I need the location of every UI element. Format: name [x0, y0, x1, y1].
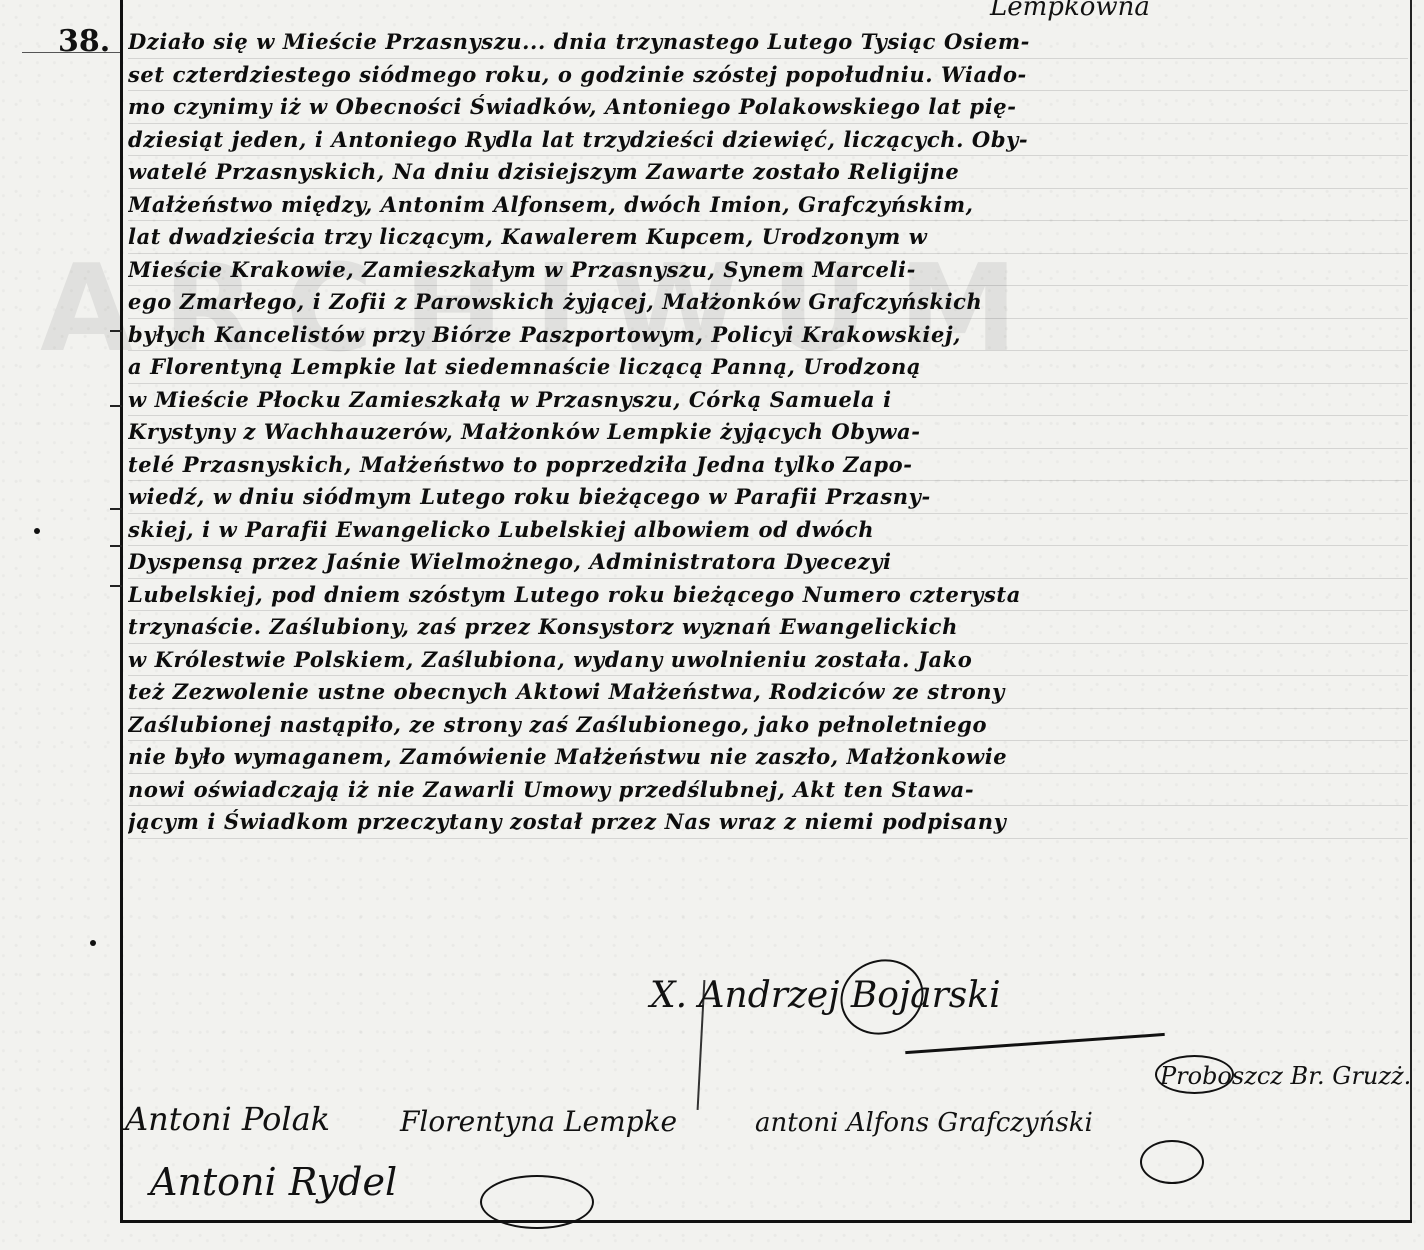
right-margin-rule	[1410, 0, 1412, 1220]
text-line: Krystyny z Wachhauzerów, Małżonków Lempk…	[128, 416, 1408, 449]
entry-number-underline	[22, 52, 120, 53]
text-line: Mieście Krakowie, Zamieszkałym w Przasny…	[128, 254, 1408, 287]
margin-tick	[110, 545, 122, 547]
text-line: Lubelskiej, pod dniem szóstym Lutego rok…	[128, 579, 1408, 612]
text-line: nowi oświadczają iż nie Zawarli Umowy pr…	[128, 774, 1408, 807]
text-line: w Królestwie Polskiem, Zaślubiona, wydan…	[128, 644, 1408, 677]
entry-number: 38.	[58, 24, 110, 59]
margin-tick	[110, 508, 122, 510]
witness-2-signature-flourish	[480, 1175, 594, 1229]
text-line: nie było wymaganem, Zamówienie Małżeństw…	[128, 741, 1408, 774]
left-margin-rule	[120, 0, 123, 1222]
text-line: skiej, i w Parafii Ewangelicko Lubelskie…	[128, 514, 1408, 547]
clerk-signature: Proboszcz Br. Gruzż.	[1160, 1062, 1411, 1090]
groom-signature: antoni Alfons Grafczyński	[755, 1108, 1093, 1138]
text-line: Zaślubionej nastąpiło, ze strony zaś Zaś…	[128, 709, 1408, 742]
text-line: set czterdziestego siódmego roku, o godz…	[128, 59, 1408, 92]
text-line: trzynaście. Zaślubiony, zaś przez Konsys…	[128, 611, 1408, 644]
text-line: Dyspensą przez Jaśnie Wielmożnego, Admin…	[128, 546, 1408, 579]
record-body-text: Działo się w Mieście Przasnyszu... dnia …	[128, 26, 1408, 839]
margin-ink-dot	[34, 528, 40, 534]
text-line: Działo się w Mieście Przasnyszu... dnia …	[128, 26, 1408, 59]
text-line: ego Zmarłego, i Zofii z Parowskich żyjąc…	[128, 286, 1408, 319]
priest-signature: X. Andrzej Bojarski	[650, 975, 1001, 1016]
text-line: też Zezwolenie ustne obecnych Aktowi Mał…	[128, 676, 1408, 709]
text-line: a Florentyną Lempkie lat siedemnaście li…	[128, 351, 1408, 384]
text-line: w Mieście Płocku Zamieszkałą w Przasnysz…	[128, 384, 1408, 417]
text-line: lat dwadzieścia trzy liczącym, Kawalerem…	[128, 221, 1408, 254]
text-line: dziesiąt jeden, i Antoniego Rydla lat tr…	[128, 124, 1408, 157]
bottom-rule	[120, 1220, 1412, 1223]
witness-1-signature: Antoni Polak	[125, 1100, 330, 1138]
text-line: jącym i Świadkom przeczytany został prze…	[128, 806, 1408, 839]
text-line: wiedź, w dniu siódmym Lutego roku bieżąc…	[128, 481, 1408, 514]
margin-tick	[110, 585, 122, 587]
text-line: byłych Kancelistów przy Biórze Paszporto…	[128, 319, 1408, 352]
text-line: watelé Przasnyskich, Na dniu dzisiejszym…	[128, 156, 1408, 189]
witness-2-signature: Antoni Rydel	[150, 1160, 397, 1204]
margin-tick	[110, 405, 122, 407]
groom-signature-flourish	[1140, 1140, 1204, 1184]
text-line: telé Przasnyskich, Małżeństwo to poprzed…	[128, 449, 1408, 482]
previous-entry-signature-fragment: Lempkówna	[990, 0, 1150, 22]
text-line: mo czynimy iż w Obecności Świadków, Anto…	[128, 91, 1408, 124]
margin-tick	[110, 330, 122, 332]
text-line: Małżeństwo między, Antonim Alfonsem, dwó…	[128, 189, 1408, 222]
margin-ink-dot	[90, 940, 96, 946]
bride-signature: Florentyna Lempke	[400, 1105, 677, 1138]
